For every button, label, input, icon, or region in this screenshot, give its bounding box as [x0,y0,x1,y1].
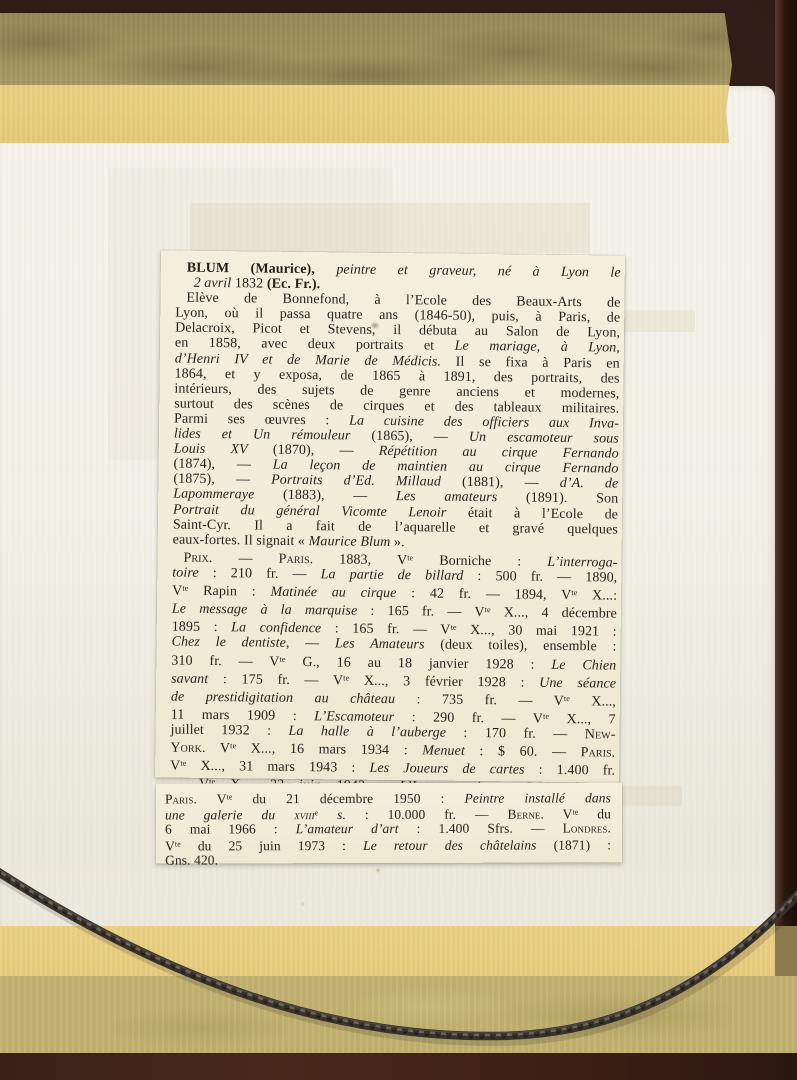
masking-tape-bottom-corner [775,926,797,976]
masking-tape-bottom-olive-band [0,976,797,1053]
fox-spot [374,867,382,874]
clipping-main: BLUM (Maurice), peintre et graveur, né à… [155,250,625,782]
frame-bottom-edge [0,1053,797,1080]
clipping-addendum-text: Paris. Vte du 21 décembre 1950 : Peintre… [156,782,611,867]
clipping-addendum: Paris. Vte du 21 décembre 1950 : Peintre… [156,782,622,863]
photographed-album-page: BLUM (Maurice), peintre et graveur, né à… [0,0,797,1080]
ink-smudge [368,320,382,331]
clipping-main-text: BLUM (Maurice), peintre et graveur, né à… [155,250,621,815]
masking-tape-bottom-light-band [0,926,775,976]
frame-right-edge [775,0,797,1080]
fox-spot [300,901,306,907]
masking-tape-top [0,13,732,143]
masking-tape-top-stained-band [0,13,732,85]
masking-tape-top-clean-band [0,85,732,143]
